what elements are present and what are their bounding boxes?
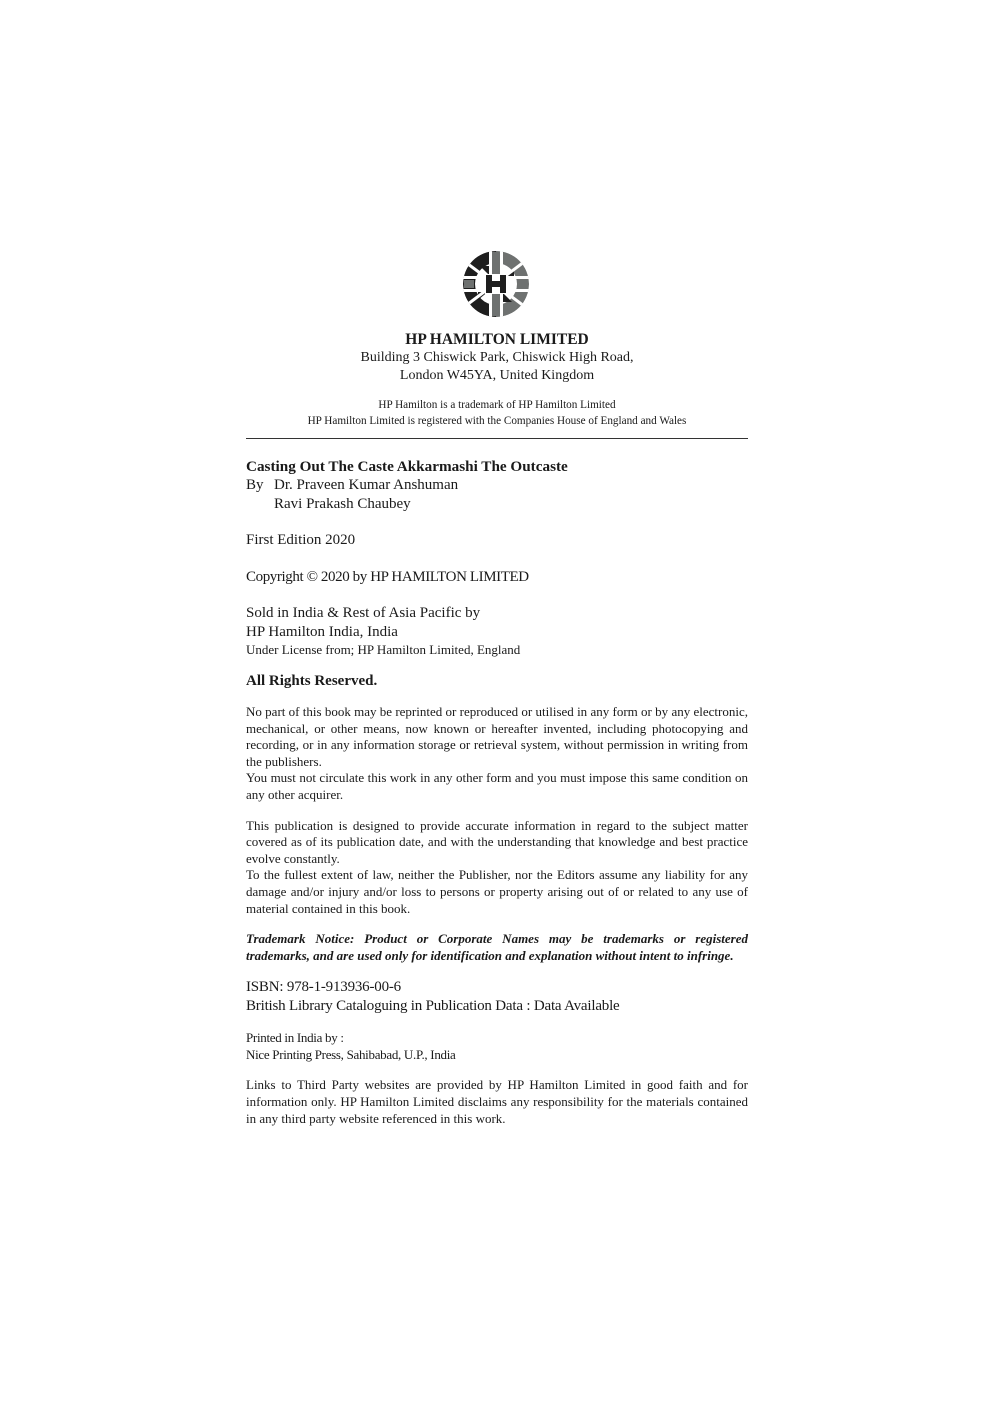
printer-name: Nice Printing Press, Sahibabad, U.P., In…	[246, 1046, 748, 1063]
publisher-notes: HP Hamilton is a trademark of HP Hamilto…	[246, 397, 748, 429]
book-title: Casting Out The Caste Akkarmashi The Out…	[246, 458, 748, 476]
registration-line: HP Hamilton Limited is registered with t…	[246, 413, 748, 429]
hp-hamilton-logo-icon	[462, 250, 530, 318]
author-2: Ravi Prakash Chaubey	[274, 495, 458, 514]
trademark-line: HP Hamilton is a trademark of HP Hamilto…	[246, 397, 748, 413]
publisher-address-line1: Building 3 Chiswick Park, Chiswick High …	[246, 349, 748, 367]
publisher-block: HP HAMILTON LIMITED Building 3 Chiswick …	[246, 331, 748, 429]
by-label: By	[246, 476, 274, 513]
rights-paragraph-2: You must not circulate this work in any …	[246, 770, 748, 803]
distribution-line1: Sold in India & Rest of Asia Pacific by	[246, 604, 748, 623]
publisher-name: HP HAMILTON LIMITED	[246, 331, 748, 349]
cataloguing-data: British Library Cataloguing in Publicati…	[246, 997, 748, 1016]
authors-block: By Dr. Praveen Kumar Anshuman Ravi Praka…	[246, 476, 748, 513]
rights-paragraph-1: No part of this book may be reprinted or…	[246, 704, 748, 770]
distribution-line3: Under License from; HP Hamilton Limited,…	[246, 641, 748, 658]
disclaimer-paragraph-2: To the fullest extent of law, neither th…	[246, 867, 748, 917]
divider	[246, 438, 748, 439]
isbn: ISBN: 978-1-913936-00-6	[246, 978, 748, 997]
trademark-notice: Trademark Notice: Product or Corporate N…	[246, 931, 748, 964]
publisher-address-line2: London W45YA, United Kingdom	[246, 367, 748, 385]
disclaimer-paragraph-1: This publication is designed to provide …	[246, 818, 748, 868]
edition: First Edition 2020	[246, 531, 748, 550]
imprint-body: Casting Out The Caste Akkarmashi The Out…	[246, 458, 748, 1127]
printed-label: Printed in India by :	[246, 1029, 748, 1046]
author-1: Dr. Praveen Kumar Anshuman	[274, 476, 458, 495]
third-party-disclaimer: Links to Third Party websites are provid…	[246, 1077, 748, 1127]
copyright: Copyright © 2020 by HP HAMILTON LIMITED	[246, 568, 748, 587]
rights-heading: All Rights Reserved.	[246, 672, 748, 690]
distribution-line2: HP Hamilton India, India	[246, 623, 748, 642]
